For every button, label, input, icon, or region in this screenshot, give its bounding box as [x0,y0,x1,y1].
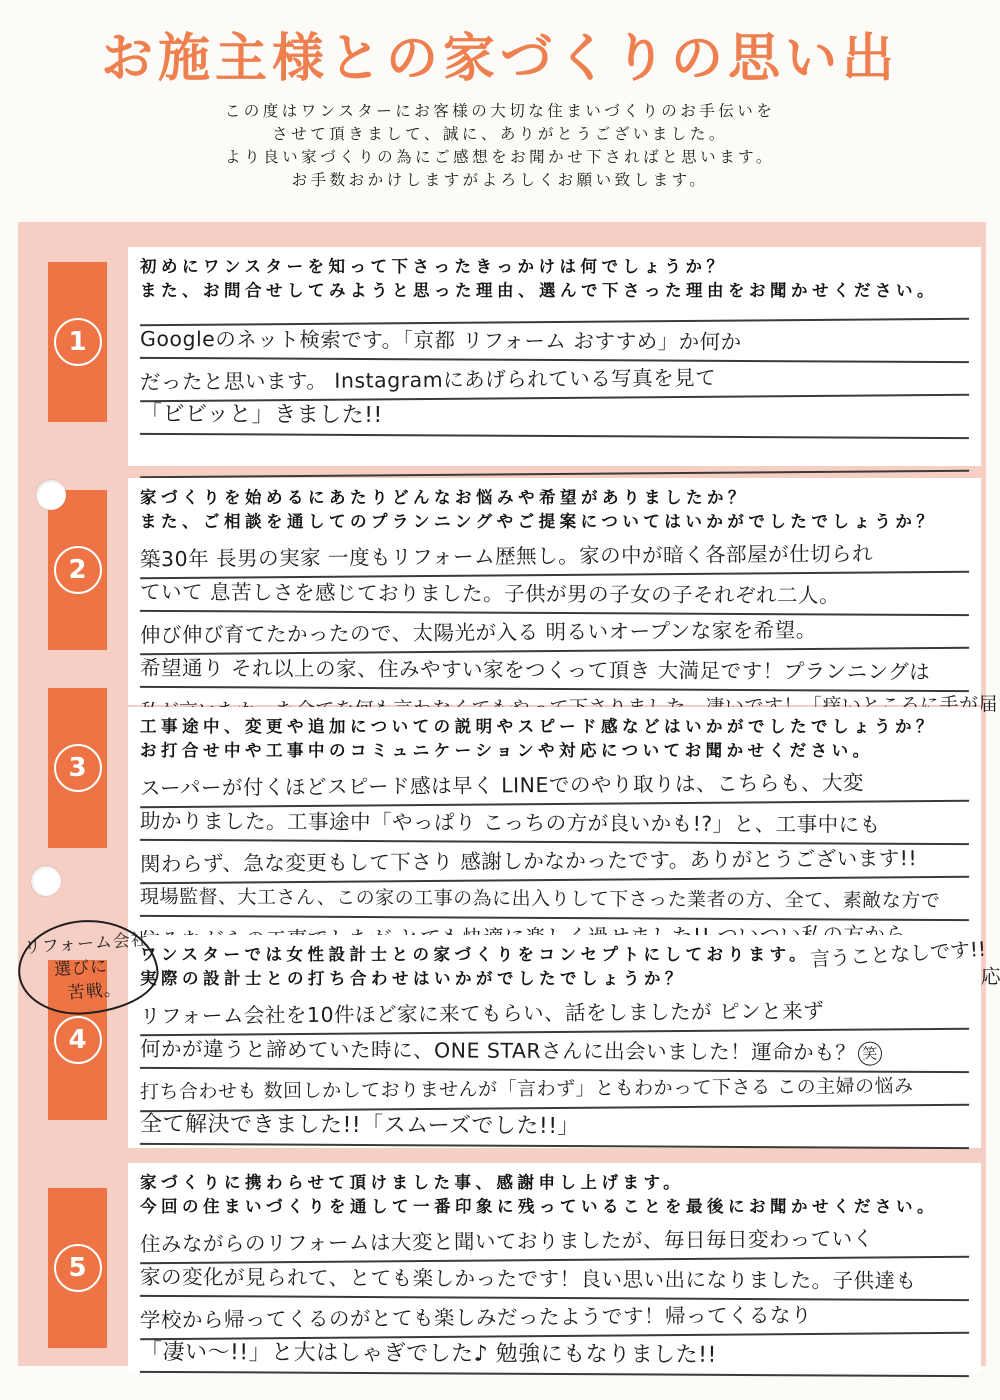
section-number-badge: 1 [48,262,107,422]
handwritten-text: 現場監督、大工さん、この家の工事の為に出入りして下さった業者の方、全て、素敵な方… [140,886,940,912]
handwritten-text: 住みながらのリフォームは大変と聞いておりましたが、毎日毎日変わっていく [140,1226,874,1256]
answer-line: 何かが違うと諦めていた時に、ONE STARさんに出会いました！運命かも？笑 [140,1031,969,1073]
answer-area: Googleのネット検索です。「京都 リフォーム おすすめ」か何かだったと思いま… [140,307,969,475]
handwritten-text: 築30年 長男の実家 一度もリフォーム歴無し。家の中が暗く各部屋が仕切られ [140,541,873,571]
section-box: 工事途中、変更や追加についての説明やスピード感などはいかがでしたでしょうか？お打… [128,707,981,938]
answer-line: 住みながらのリフォームは大変と聞いておりましたが、毎日毎日変わっていく [140,1220,969,1265]
answer-line: 「凄い〜!!」と大はしゃぎでした♪ 勉強にもなりました!! [140,1335,969,1377]
section-number-badge: 3 [48,688,107,848]
answer-line: 助かりました。工事途中「やっぱり こっちの方が良いかも!?」と、工事中にも [140,803,969,845]
section-number: 4 [54,1016,102,1064]
answer-line: 希望通り それ以上の家、住みやすい家をつくって頂き 大満足です！プランニングは [140,650,969,692]
punch-hole [36,480,66,510]
answer-area: 住みながらのリフォームは大変と聞いておりましたが、毎日毎日変わっていく家の変化が… [140,1223,969,1375]
handwritten-text: リフォーム会社を10件ほど家に来てもらい、話をしましたが ピンと来ず [140,999,824,1028]
answer-line: 全て解決できました!!「スムーズでした!!」 [140,1107,969,1149]
answer-line: 学校から帰ってくるのがとても楽しみだったようです！帰ってくるなり [140,1296,969,1341]
answer-line: 築30年 長男の実家 一度もリフォーム歴無し。家の中が暗く各部屋が仕切られ [140,535,969,580]
answer-line: 伸び伸び育てたかったので、太陽光が入る 明るいオープンな家を希望。 [140,611,969,656]
section-number-badge: 2 [48,490,107,650]
answer-line: 「ビビッと」きました!! [140,397,969,439]
question-line: 家づくりを始めるにあたりどんなお悩みや希望がありましたか？ [140,486,969,510]
handwritten-text: 何かが違うと諦めていた時に、ONE STARさんに出会いました！運命かも？笑 [140,1037,884,1065]
question-line: 今回の住まいづくりを通して一番印象に残っていることを最後にお聞かせください。 [140,1195,969,1219]
section-number: 2 [54,546,102,594]
page-header: お施主様との家づくりの思い出 この度はワンスターにお客様の大切な住まいづくりのお… [0,0,1000,222]
handwritten-text: スーパーが付くほどスピード感は早く LINEでのやり取りは、こちらも、大変 [140,771,864,801]
circled-laugh-mark: 笑 [858,1042,882,1066]
handwritten-text: 「凄い〜!!」と大はしゃぎでした♪ 勉強にもなりました!! [140,1340,717,1368]
sections-panel: リフォーム会社選びに苦戦。 言うことなしです!! 1初めにワンスターを知って下さ… [18,222,986,1366]
punch-hole [31,866,61,896]
question-line: 家づくりに携わらせて頂けました事、感謝申し上げます。 [140,1171,969,1195]
answer-line: ていて 息苦しさを感じておりました。子供が男の子女の子それぞれ二人。 [140,574,969,616]
intro-line: より良い家づくりの為にご感想をお聞かせ下さればと思います。 [0,146,1000,169]
intro-line: お手数おかけしますがよろしくお願い致します。 [0,169,1000,192]
questionnaire-page: お施主様との家づくりの思い出 この度はワンスターにお客様の大切な住まいづくりのお… [0,0,1000,1400]
answer-line: 打ち合わせも 数回しかしておりませんが「言わず」ともわかって下さる この主婦の悩… [140,1068,969,1113]
answer-line: 関わらず、急な変更もして下さり 感謝しかなかったです。ありがとうございます!! [140,840,969,885]
section-number: 5 [54,1244,102,1292]
handwritten-text: ていて 息苦しさを感じておりました。子供が男の子女の子それぞれ二人。 [140,580,840,608]
answer-area: リフォーム会社を10件ほど家に来てもらい、話をしましたが ピンと来ず何かが違うと… [140,995,969,1147]
handwritten-text: 家の変化が見られて、とても楽しかったです！良い思い出になりました。子供達も [140,1265,917,1293]
handwritten-text: だったと思います。 Instagramにあげられている写真を見て [140,366,716,395]
answer-line: だったと思います。 Instagramにあげられている写真を見て [140,358,969,403]
handwritten-text: 助かりました。工事途中「やっぱり こっちの方が良いかも!?」と、工事中にも [140,809,881,837]
answer-line: Googleのネット検索です。「京都 リフォーム おすすめ」か何か [140,321,969,363]
answer-line: 現場監督、大工さん、この家の工事の為に出入りして下さった業者の方、全て、素敵な方… [140,879,969,921]
section-number: 3 [54,744,102,792]
section-box: 初めにワンスターを知って下さったきっかけは何でしょうか？また、お問合せしてみよう… [128,247,981,466]
answer-line: スーパーが付くほどスピード感は早く LINEでのやり取りは、こちらも、大変 [140,764,969,809]
answer-line: リフォーム会社を10件ほど家に来てもらい、話をしましたが ピンと来ず [140,992,969,1037]
question-line: 工事途中、変更や追加についての説明やスピード感などはいかがでしたでしょうか？ [140,715,969,739]
answer-line: 家の変化が見られて、とても楽しかったです！良い思い出になりました。子供達も [140,1259,969,1301]
question-line: 実際の設計士との打ち合わせはいかがでしたでしょうか？ [140,967,969,991]
handwritten-text: 学校から帰ってくるのがとても楽しみだったようです！帰ってくるなり [140,1303,812,1332]
question-line: また、お問合せしてみようと思った理由、選んで下さった理由をお聞かせください。 [140,279,969,303]
question-line: お打合せ中や工事中のコミュニケーションや対応についてお聞かせください。 [140,739,969,763]
section-box: 家づくりを始めるにあたりどんなお悩みや希望がありましたか？また、ご相談を通しての… [128,478,981,705]
answer-line [140,434,969,479]
handwritten-text: 打ち合わせも 数回しかしておりませんが「言わず」ともわかって下さる この主婦の悩… [140,1075,914,1103]
intro-text: この度はワンスターにお客様の大切な住まいづくりのお手伝いをさせて頂きまして、誠に… [0,100,1000,192]
question-line: また、ご相談を通してのプランニングやご提案についてはいかがでしたでしょうか？ [140,510,969,534]
intro-line: この度はワンスターにお客様の大切な住まいづくりのお手伝いを [0,100,1000,123]
handwritten-text: Googleのネット検索です。「京都 リフォーム おすすめ」か何か [140,327,742,354]
handwritten-text: 希望通り それ以上の家、住みやすい家をつくって頂き 大満足です！プランニングは [140,656,930,684]
handwritten-text: 全て解決できました!!「スムーズでした!!」 [140,1112,580,1139]
page-title: お施主様との家づくりの思い出 [0,0,1000,88]
handwritten-text: 「ビビッと」きました!! [140,402,383,428]
question-line: 初めにワンスターを知って下さったきっかけは何でしょうか？ [140,255,969,279]
intro-line: させて頂きまして、誠に、ありがとうございました。 [0,123,1000,146]
handwritten-text: 伸び伸び育てたかったので、太陽光が入る 明るいオープンな家を希望。 [140,618,817,647]
section-number: 1 [54,318,102,366]
section-box: 家づくりに携わらせて頂けました事、感謝申し上げます。今回の住まいづくりを通して一… [128,1163,981,1372]
section-number-badge: 5 [48,1188,107,1348]
handwritten-text: 関わらず、急な変更もして下さり 感謝しかなかったです。ありがとうございます!! [140,846,917,876]
